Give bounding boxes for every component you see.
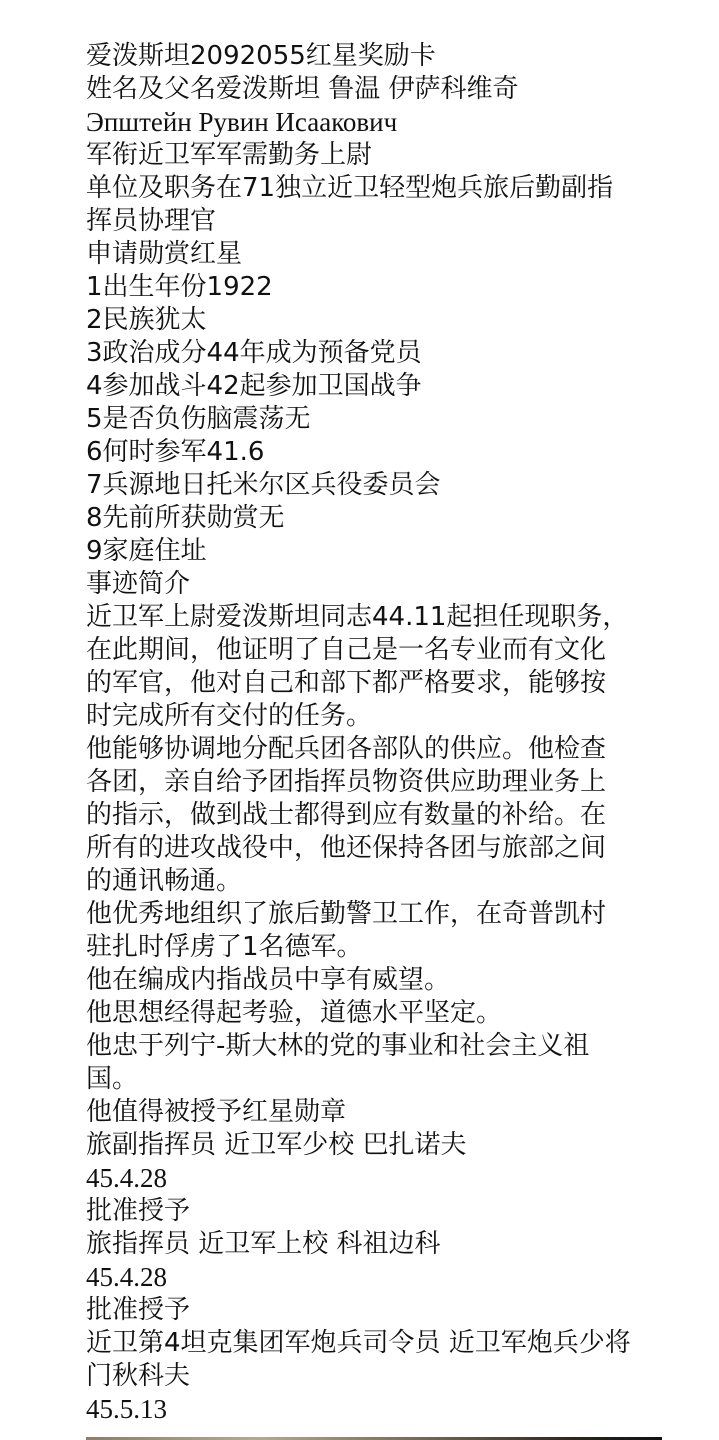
field-party-membership: 3政治成分44年成为预备党员 xyxy=(86,337,666,370)
approval-decision: 批准授予 xyxy=(86,1195,666,1228)
full-name-chinese: 姓名及父名爱泼斯坦 鲁温 伊萨科维奇 xyxy=(86,73,666,106)
signature-date: 45.4.28 xyxy=(86,1162,666,1195)
field-draft-office: 7兵源地日托米尔区兵役委员会 xyxy=(86,469,666,502)
summary-line: 的军官，他对自己和部下都严格要求，能够按 xyxy=(86,667,666,700)
summary-line: 在此期间，他证明了自己是一名专业而有文化 xyxy=(86,634,666,667)
signature-date: 45.5.13 xyxy=(86,1393,666,1426)
summary-line: 他值得被授予红星勋章 xyxy=(86,1096,666,1129)
field-ethnicity: 2民族犹太 xyxy=(86,304,666,337)
field-combat-participation: 4参加战斗42起参加卫国战争 xyxy=(86,370,666,403)
unit-and-position-line-2: 挥员协理官 xyxy=(86,205,666,238)
summary-line: 时完成所有交付的任务。 xyxy=(86,700,666,733)
summary-line: 他在编成内指战员中享有威望。 xyxy=(86,964,666,997)
signature-army-artillery-commander: 近卫第4坦克集团军炮兵司令员 近卫军炮兵少将 xyxy=(86,1327,666,1360)
award-requested: 申请勋赏红星 xyxy=(86,238,666,271)
field-home-address: 9家庭住址 xyxy=(86,535,666,568)
field-birth-year: 1出生年份1922 xyxy=(86,271,666,304)
field-previous-awards: 8先前所获勋赏无 xyxy=(86,502,666,535)
signature-date: 45.4.28 xyxy=(86,1261,666,1294)
summary-heading: 事迹简介 xyxy=(86,568,666,601)
signature-army-artillery-commander-name: 门秋科夫 xyxy=(86,1360,666,1393)
approval-decision: 批准授予 xyxy=(86,1294,666,1327)
field-enlistment-date: 6何时参军41.6 xyxy=(86,436,666,469)
signature-deputy-commander: 旅副指挥员 近卫军少校 巴扎诺夫 xyxy=(86,1129,666,1162)
card-title: 爱泼斯坦2092055红星奖励卡 xyxy=(86,40,666,73)
award-card-transcription: 爱泼斯坦2092055红星奖励卡 姓名及父名爱泼斯坦 鲁温 伊萨科维奇 Эпшт… xyxy=(86,40,666,1426)
full-name-russian: Эпштейн Рувин Исаакович xyxy=(86,106,666,139)
signature-brigade-commander: 旅指挥员 近卫军上校 科祖边科 xyxy=(86,1228,666,1261)
summary-line: 他能够协调地分配兵团各部队的供应。他检查 xyxy=(86,733,666,766)
unit-and-position-line-1: 单位及职务在71独立近卫轻型炮兵旅后勤副指 xyxy=(86,172,666,205)
summary-line: 他思想经得起考验，道德水平坚定。 xyxy=(86,997,666,1030)
summary-line: 国。 xyxy=(86,1063,666,1096)
summary-line: 他优秀地组织了旅后勤警卫工作，在奇普凯村 xyxy=(86,898,666,931)
military-rank: 军衔近卫军军需勤务上尉 xyxy=(86,139,666,172)
field-wounds: 5是否负伤脑震荡无 xyxy=(86,403,666,436)
summary-line: 近卫军上尉爱泼斯坦同志44.11起担任现职务， xyxy=(86,601,666,634)
summary-line: 他忠于列宁-斯大林的党的事业和社会主义祖 xyxy=(86,1030,666,1063)
summary-line: 所有的进攻战役中，他还保持各团与旅部之间 xyxy=(86,832,666,865)
summary-line: 驻扎时俘虏了1名德军。 xyxy=(86,931,666,964)
summary-line: 的通讯畅通。 xyxy=(86,865,666,898)
summary-line: 的指示，做到战士都得到应有数量的补给。在 xyxy=(86,799,666,832)
summary-line: 各团，亲自给予团指挥员物资供应助理业务上 xyxy=(86,766,666,799)
